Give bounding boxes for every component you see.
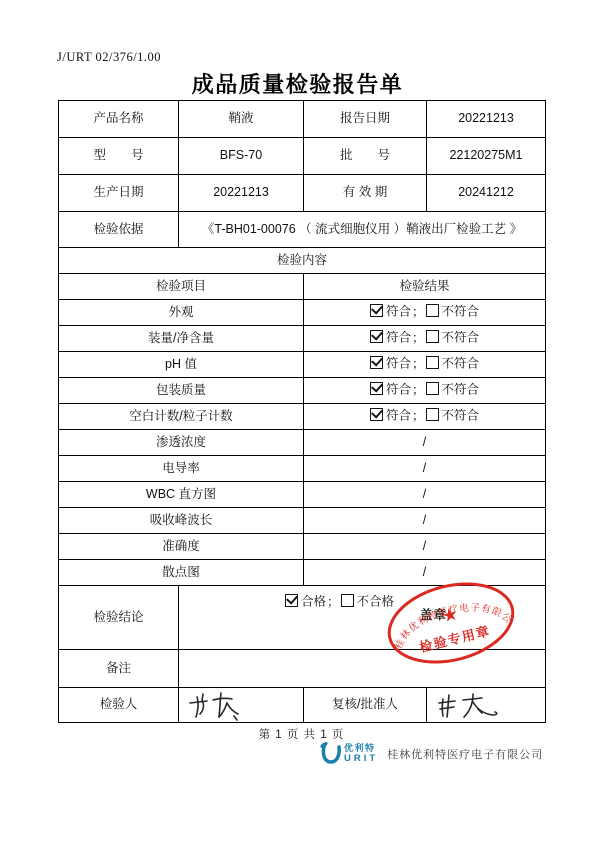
item-name: 电导率 bbox=[59, 456, 304, 482]
separator: ； bbox=[412, 409, 425, 423]
item-name: 外观 bbox=[59, 300, 304, 326]
logo-en-text: URIT bbox=[344, 754, 378, 764]
separator: ； bbox=[412, 383, 425, 397]
production-date-label: 生产日期 bbox=[59, 175, 179, 212]
item-result: / bbox=[304, 482, 546, 508]
fail-checkbox-unchecked bbox=[426, 330, 439, 343]
inspection-item-row: pH 值符合；不符合 bbox=[59, 352, 546, 378]
item-result: 符合；不符合 bbox=[304, 352, 546, 378]
conclusion-row: 检验结论 合格；不合格 盖章 桂林优利特医疗电子有限公司 ★ 检验专用章 bbox=[59, 586, 546, 650]
item-name: 渗透浓度 bbox=[59, 430, 304, 456]
item-name: 吸收峰波长 bbox=[59, 508, 304, 534]
fail-checkbox-unchecked bbox=[426, 408, 439, 421]
inspection-item-row: 外观符合；不符合 bbox=[59, 300, 546, 326]
pass-checkbox-checked bbox=[370, 330, 383, 343]
pass-checkbox-checked bbox=[370, 356, 383, 369]
fail-label: 不符合 bbox=[442, 305, 480, 319]
reviewer-signature bbox=[435, 690, 535, 722]
item-result: / bbox=[304, 456, 546, 482]
inspection-item-row: 包装质量符合；不符合 bbox=[59, 378, 546, 404]
item-name: 包装质量 bbox=[59, 378, 304, 404]
product-name-label: 产品名称 bbox=[59, 101, 179, 138]
fail-label: 不符合 bbox=[442, 357, 480, 371]
item-result: 符合；不符合 bbox=[304, 378, 546, 404]
footer-brand: 优利特 URIT 桂林优利特医疗电子有限公司 bbox=[318, 741, 543, 767]
inspection-basis-label: 检验依据 bbox=[59, 212, 179, 248]
columns-header-row: 检验项目 检验结果 bbox=[59, 274, 546, 300]
pass-label: 符合 bbox=[386, 305, 411, 319]
report-date-label: 报告日期 bbox=[304, 101, 427, 138]
inspector-signature bbox=[187, 690, 297, 722]
inspection-basis-row: 检验依据 《T-BH01-00076 （ 流式细胞仪用 ）鞘液出厂检验工艺 》 bbox=[59, 212, 546, 248]
report-date-value: 20221213 bbox=[427, 101, 546, 138]
item-name: 准确度 bbox=[59, 534, 304, 560]
item-result: 符合；不符合 bbox=[304, 300, 546, 326]
item-result: 符合；不符合 bbox=[304, 326, 546, 352]
inspection-item-row: WBC 直方图/ bbox=[59, 482, 546, 508]
pass-label: 符合 bbox=[386, 383, 411, 397]
inspector-signature-cell bbox=[179, 688, 304, 723]
fail-checkbox-unchecked bbox=[426, 382, 439, 395]
conclusion-checkline: 合格；不合格 bbox=[285, 594, 394, 610]
inspection-item-row: 空白计数/粒子计数符合；不符合 bbox=[59, 404, 546, 430]
report-table-footer: 检验结论 合格；不合格 盖章 桂林优利特医疗电子有限公司 ★ 检验专用章 bbox=[59, 586, 546, 723]
conclusion-label: 检验结论 bbox=[59, 586, 179, 650]
fail-checkbox-unchecked bbox=[426, 356, 439, 369]
inspection-item-row: 吸收峰波长/ bbox=[59, 508, 546, 534]
batch-label: 批 号 bbox=[304, 138, 427, 175]
content-header: 检验内容 bbox=[59, 248, 546, 274]
production-date-row: 生产日期 20221213 有 效 期 20241212 bbox=[59, 175, 546, 212]
content-header-row: 检验内容 bbox=[59, 248, 546, 274]
footer-company-name: 桂林优利特医疗电子有限公司 bbox=[387, 746, 543, 762]
model-row: 型 号 BFS-70 批 号 22120275M1 bbox=[59, 138, 546, 175]
signoff-row: 检验人 复核 bbox=[59, 688, 546, 723]
report-title: 成品质量检验报告单 bbox=[0, 68, 595, 99]
item-result: / bbox=[304, 534, 546, 560]
model-label: 型 号 bbox=[59, 138, 179, 175]
pass-label: 符合 bbox=[386, 357, 411, 371]
batch-value: 22120275M1 bbox=[427, 138, 546, 175]
expiry-date-label: 有 效 期 bbox=[304, 175, 427, 212]
reviewer-label: 复核/批准人 bbox=[304, 688, 427, 723]
item-result: / bbox=[304, 508, 546, 534]
product-name-value: 鞘液 bbox=[179, 101, 304, 138]
report-page: J/URT 02/376/1.00 成品质量检验报告单 产品名称 鞘液 报告日期… bbox=[0, 0, 595, 842]
pass-checkbox-checked bbox=[370, 304, 383, 317]
item-name: pH 值 bbox=[59, 352, 304, 378]
conclusion-result-cell: 合格；不合格 盖章 桂林优利特医疗电子有限公司 ★ 检验专用章 bbox=[179, 586, 546, 650]
item-result: / bbox=[304, 430, 546, 456]
fail-label: 不符合 bbox=[442, 331, 480, 345]
item-name: 装量/净含量 bbox=[59, 326, 304, 352]
document-code: J/URT 02/376/1.00 bbox=[57, 50, 161, 65]
pass-label: 符合 bbox=[386, 409, 411, 423]
pass-label: 符合 bbox=[386, 331, 411, 345]
report-table-body: 产品名称 鞘液 报告日期 20221213 型 号 BFS-70 批 号 221… bbox=[59, 101, 546, 586]
expiry-date-value: 20241212 bbox=[427, 175, 546, 212]
urit-logo-text: 优利特 URIT bbox=[344, 744, 378, 764]
page-number: 第 1 页 共 1 页 bbox=[58, 726, 545, 742]
remark-label: 备注 bbox=[59, 650, 179, 688]
result-column-header: 检验结果 bbox=[304, 274, 546, 300]
inspection-item-row: 准确度/ bbox=[59, 534, 546, 560]
item-name: WBC 直方图 bbox=[59, 482, 304, 508]
inspection-item-row: 电导率/ bbox=[59, 456, 546, 482]
fail-checkbox-unchecked bbox=[426, 304, 439, 317]
separator: ； bbox=[412, 331, 425, 345]
model-value: BFS-70 bbox=[179, 138, 304, 175]
pass-checkbox-checked bbox=[285, 594, 298, 607]
fail-label: 不符合 bbox=[442, 383, 480, 397]
inspection-item-row: 装量/净含量符合；不符合 bbox=[59, 326, 546, 352]
inspection-basis-value: 《T-BH01-00076 （ 流式细胞仪用 ）鞘液出厂检验工艺 》 bbox=[179, 212, 546, 248]
inspection-report-table: 产品名称 鞘液 报告日期 20221213 型 号 BFS-70 批 号 221… bbox=[58, 100, 546, 723]
logo-cn-text: 优利特 bbox=[344, 744, 378, 753]
product-name-row: 产品名称 鞘液 报告日期 20221213 bbox=[59, 101, 546, 138]
separator: ； bbox=[412, 305, 425, 319]
inspector-label: 检验人 bbox=[59, 688, 179, 723]
reviewer-signature-cell bbox=[427, 688, 546, 723]
item-name: 空白计数/粒子计数 bbox=[59, 404, 304, 430]
urit-logo-icon bbox=[318, 741, 342, 767]
pass-checkbox-checked bbox=[370, 382, 383, 395]
item-result: 符合；不符合 bbox=[304, 404, 546, 430]
production-date-value: 20221213 bbox=[179, 175, 304, 212]
fail-label: 不符合 bbox=[442, 409, 480, 423]
item-name: 散点图 bbox=[59, 560, 304, 586]
item-column-header: 检验项目 bbox=[59, 274, 304, 300]
conclusion-pass-label: 合格 bbox=[301, 595, 326, 609]
fail-checkbox-unchecked bbox=[341, 594, 354, 607]
company-inspection-stamp: 桂林优利特医疗电子有限公司 ★ 检验专用章 bbox=[381, 580, 521, 666]
separator: ； bbox=[327, 595, 340, 609]
pass-checkbox-checked bbox=[370, 408, 383, 421]
separator: ； bbox=[412, 357, 425, 371]
inspection-item-row: 渗透浓度/ bbox=[59, 430, 546, 456]
